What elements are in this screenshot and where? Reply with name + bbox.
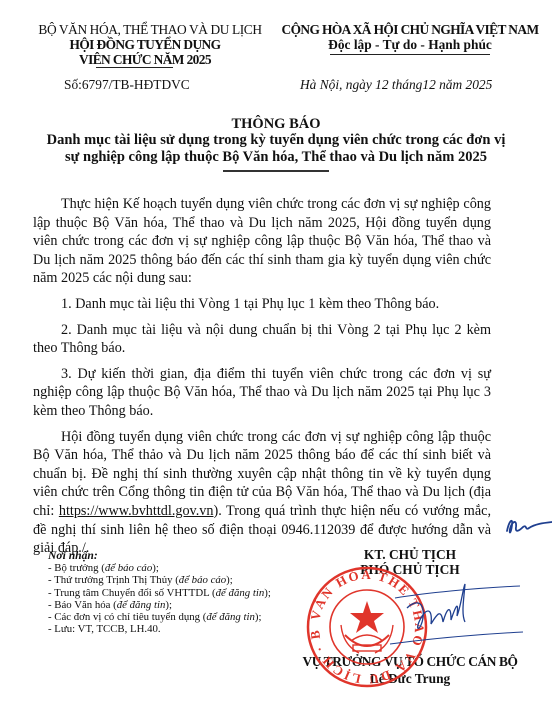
recipient-item: - Lưu: VT, TCCB, LH.40. bbox=[48, 623, 271, 635]
handwritten-signature-icon bbox=[385, 578, 525, 648]
closing-paragraph: Hội đồng tuyển dụng viên chức trong các … bbox=[33, 428, 491, 558]
document-number: Số:6797/TB-HĐTDVC bbox=[64, 77, 190, 93]
signer-role-line1: KT. CHỦ TỊCH bbox=[268, 547, 552, 562]
title-underline bbox=[223, 170, 329, 172]
recipient-item: - Trung tâm Chuyển đổi số VHTTDL (để đăn… bbox=[48, 587, 271, 599]
national-motto: Độc lập - Tự do - Hạnh phúc bbox=[268, 37, 552, 52]
recipient-purpose: để đăng tin bbox=[117, 599, 166, 611]
issuing-authority: BỘ VĂN HÓA, THỂ THAO VÀ DU LỊCH HỘI ĐỒNG… bbox=[0, 22, 280, 67]
subject-line-1: Danh mục tài liệu sử dụng trong kỳ tuyển… bbox=[0, 132, 552, 149]
ministry-website-link[interactable]: https://www.bvhttdl.gov.vn bbox=[59, 503, 214, 519]
motto-underline bbox=[330, 54, 490, 55]
document-title: THÔNG BÁO Danh mục tài liệu sử dụng tron… bbox=[0, 116, 552, 172]
ministry-name: BỘ VĂN HÓA, THỂ THAO VÀ DU LỊCH bbox=[20, 22, 280, 37]
authority-underline bbox=[96, 67, 173, 68]
council-name-line2: VIÊN CHỨC NĂM 2025 bbox=[10, 52, 280, 67]
recipient-purpose: để đăng tin bbox=[206, 611, 255, 623]
place-date: Hà Nội, ngày 12 tháng12 năm 2025 bbox=[300, 77, 492, 93]
recipients-heading: Nơi nhận: bbox=[48, 550, 271, 562]
document-body: Thực hiện Kế hoạch tuyển dụng viên chức … bbox=[33, 195, 491, 565]
nation-name: CỘNG HÒA XÃ HỘI CHỦ NGHĨA VIỆT NAM bbox=[268, 22, 552, 37]
recipient-item: - Bộ trưởng (để báo cáo); bbox=[48, 562, 271, 574]
recipient-purpose: để báo cáo bbox=[179, 574, 226, 586]
recipients-list: Nơi nhận: - Bộ trưởng (để báo cáo);- Thứ… bbox=[48, 550, 271, 635]
recipient-purpose: để báo cáo bbox=[105, 562, 152, 574]
recipient-item: - Báo Văn hóa (để đăng tin); bbox=[48, 599, 271, 611]
document-kind: THÔNG BÁO bbox=[0, 116, 552, 132]
recipient-purpose: để đăng tin bbox=[216, 587, 265, 599]
item-2: 2. Danh mục tài liệu và nội dung chuẩn b… bbox=[33, 321, 491, 358]
council-name-line1: HỘI ĐỒNG TUYỂN DỤNG bbox=[10, 37, 280, 52]
intro-paragraph: Thực hiện Kế hoạch tuyển dụng viên chức … bbox=[33, 195, 491, 288]
recipient-item: - Các đơn vị có chỉ tiêu tuyển dụng (để … bbox=[48, 611, 271, 623]
subject-line-2: sự nghiệp công lập thuộc Bộ Văn hóa, Thể… bbox=[0, 149, 552, 166]
recipient-item: - Thứ trưởng Trịnh Thị Thủy (để báo cáo)… bbox=[48, 574, 271, 586]
item-1: 1. Danh mục tài liệu thi Vòng 1 tại Phụ … bbox=[33, 295, 491, 314]
item-3: 3. Dự kiến thời gian, địa điểm thi tuyển… bbox=[33, 365, 491, 421]
initials-signature-icon bbox=[503, 511, 552, 539]
national-header: CỘNG HÒA XÃ HỘI CHỦ NGHĨA VIỆT NAM Độc l… bbox=[268, 22, 552, 55]
